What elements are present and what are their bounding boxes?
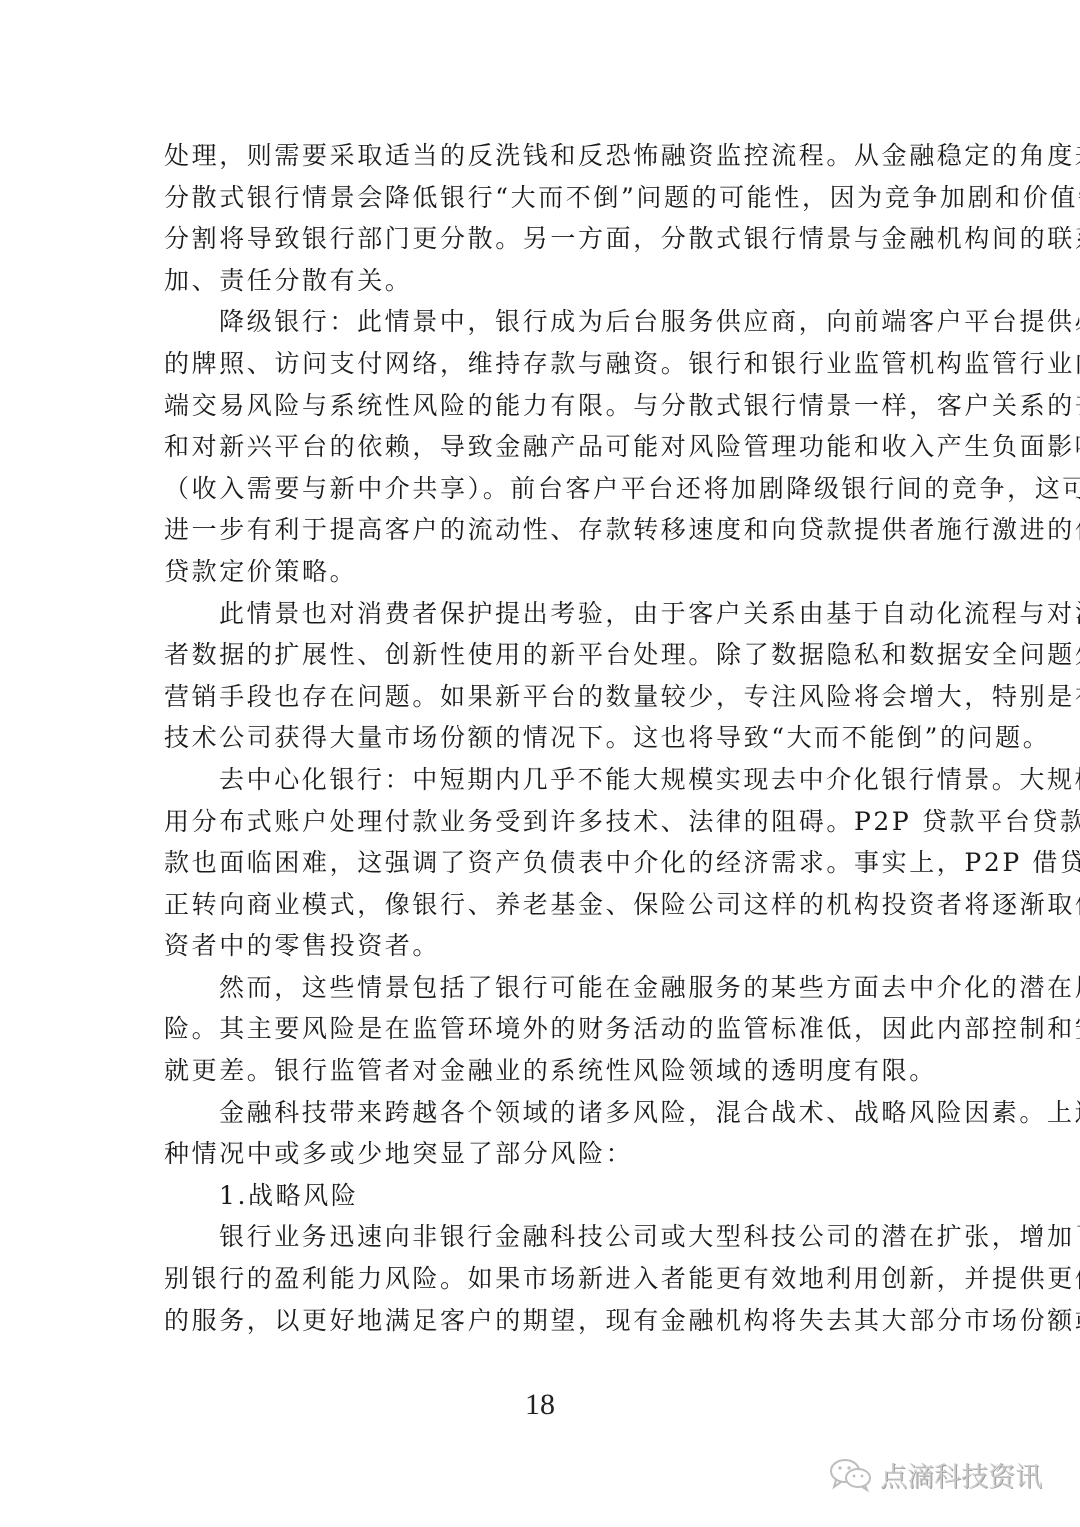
text-line: 险。其主要风险是在监管环境外的财务活动的监管标准低，因此内部控制和安全 [164, 1008, 918, 1050]
text-line: （收入需要与新中介共享）。前台客户平台还将加剧降级银行间的竞争，这可能 [164, 468, 918, 510]
text-line: 用分布式账户处理付款业务受到许多技术、法律的阻碍。P2P 贷款平台贷款和借 [164, 801, 918, 843]
text-line: 分散式银行情景会降低银行“大而不倒”问题的可能性，因为竞争加剧和价值链 [164, 177, 918, 219]
text-line: 的服务，以更好地满足客户的期望，现有金融机构将失去其大部分市场份额或利 [164, 1300, 918, 1342]
text-line: 银行业务迅速向非银行金融科技公司或大型科技公司的潜在扩张，增加了个 [164, 1216, 918, 1258]
watermark-text: 点滴科技资讯 [880, 1455, 1042, 1494]
text-line: 进一步有利于提高客户的流动性、存款转移速度和向贷款提供者施行激进的优惠 [164, 509, 918, 551]
text-line: 加、责任分散有关。 [164, 260, 918, 302]
page-body: 处理，则需要采取适当的反洗钱和反恐怖融资监控流程。从金融稳定的角度来看，分散式银… [164, 135, 918, 1341]
text-line: 和对新兴平台的依赖，导致金融产品可能对风险管理功能和收入产生负面影响 [164, 426, 918, 468]
wechat-icon [828, 1457, 874, 1493]
text-line: 的牌照、访问支付网络，维持存款与融资。银行和银行业监管机构监管行业内终 [164, 343, 918, 385]
text-line: 款也面临困难，这强调了资产负债表中介化的经济需求。事实上，P2P 借贷平台 [164, 842, 918, 884]
text-line: 别银行的盈利能力风险。如果市场新进入者能更有效地利用创新，并提供更便捷 [164, 1258, 918, 1300]
text-line: 降级银行：此情景中，银行成为后台服务供应商，向前端客户平台提供必要 [164, 301, 918, 343]
text-line: 1.战略风险 [164, 1175, 918, 1217]
page-number: 18 [0, 1388, 1080, 1422]
text-line: 资者中的零售投资者。 [164, 925, 918, 967]
text-line: 者数据的扩展性、创新性使用的新平台处理。除了数据隐私和数据安全问题外， [164, 634, 918, 676]
text-line: 贷款定价策略。 [164, 551, 918, 593]
text-line: 去中心化银行：中短期内几乎不能大规模实现去中介化银行情景。大规模使 [164, 759, 918, 801]
text-line: 处理，则需要采取适当的反洗钱和反恐怖融资监控流程。从金融稳定的角度来看， [164, 135, 918, 177]
text-line: 然而，这些情景包括了银行可能在金融服务的某些方面去中介化的潜在风 [164, 967, 918, 1009]
text-line: 分割将导致银行部门更分散。另一方面，分散式银行情景与金融机构间的联系增 [164, 218, 918, 260]
text-line: 就更差。银行监管者对金融业的系统性风险领域的透明度有限。 [164, 1050, 918, 1092]
text-line: 此情景也对消费者保护提出考验，由于客户关系由基于自动化流程与对消费 [164, 593, 918, 635]
text-line: 金融科技带来跨越各个领域的诸多风险，混合战术、战略风险因素。上述五 [164, 1092, 918, 1134]
text-line: 营销手段也存在问题。如果新平台的数量较少，专注风险将会增大，特别是在大 [164, 676, 918, 718]
text-line: 技术公司获得大量市场份额的情况下。这也将导致“大而不能倒”的问题。 [164, 717, 918, 759]
text-line: 端交易风险与系统性风险的能力有限。与分散式银行情景一样，客户关系的丧失 [164, 385, 918, 427]
text-line: 正转向商业模式，像银行、养老基金、保险公司这样的机构投资者将逐渐取代投 [164, 884, 918, 926]
watermark: 点滴科技资讯 [828, 1455, 1042, 1494]
text-line: 种情况中或多或少地突显了部分风险： [164, 1133, 918, 1175]
